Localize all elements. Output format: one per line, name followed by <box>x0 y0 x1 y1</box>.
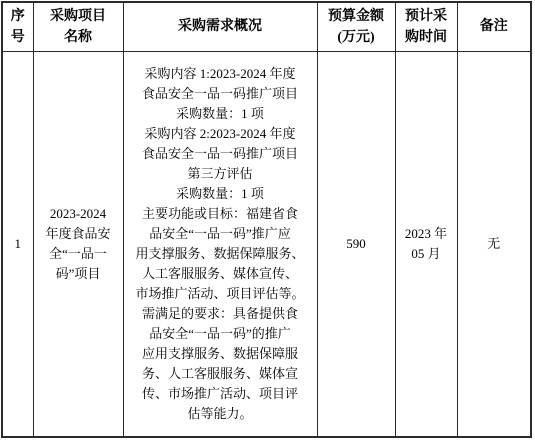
cell-remark: 无 <box>457 51 531 437</box>
cell-requirements: 采购内容 1:2023-2024 年度 食品安全一品一码推广项目 采购数量：1 … <box>123 51 317 437</box>
procurement-table: 序 号 采购项目 名称 采购需求概况 预算金额 (万元) 预计采 购时间 备注 … <box>1 1 532 438</box>
header-project-name: 采购项目 名称 <box>33 2 123 51</box>
table-row: 1 2023-2024 年度食品安 全“一品一 码”项目 采购内容 1:2023… <box>2 51 531 437</box>
header-time: 预计采 购时间 <box>395 2 457 51</box>
header-requirements: 采购需求概况 <box>123 2 317 51</box>
cell-seq: 1 <box>2 51 33 437</box>
header-budget: 预算金额 (万元) <box>317 2 395 51</box>
cell-budget: 590 <box>317 51 395 437</box>
cell-project-name: 2023-2024 年度食品安 全“一品一 码”项目 <box>33 51 123 437</box>
document-page: 序 号 采购项目 名称 采购需求概况 预算金额 (万元) 预计采 购时间 备注 … <box>0 0 535 445</box>
cell-time: 2023 年 05 月 <box>395 51 457 437</box>
header-remark: 备注 <box>457 2 531 51</box>
table-header-row: 序 号 采购项目 名称 采购需求概况 预算金额 (万元) 预计采 购时间 备注 <box>2 2 531 51</box>
header-seq: 序 号 <box>2 2 33 51</box>
